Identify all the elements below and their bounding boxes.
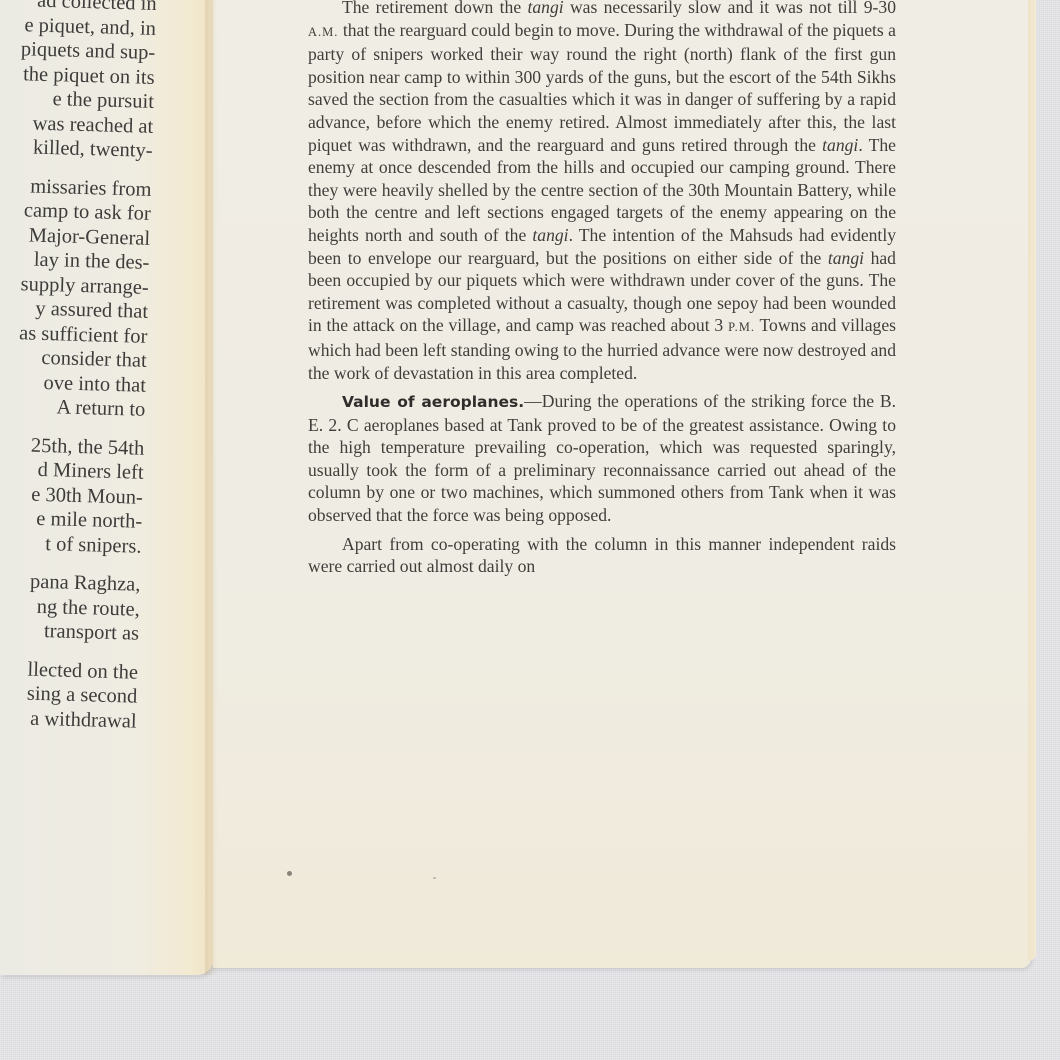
right-page-edge [1028,0,1036,960]
paragraph-retirement: The retirement down the tangi was necess… [308,0,896,384]
left-page: ad collected ine piquet, and, inpiquets … [0,0,215,975]
paper-speck [287,871,292,876]
right-page-text: The retirement down the tangi was necess… [308,0,896,578]
left-page-text: ad collected ine piquet, and, inpiquets … [0,0,157,734]
paragraph-value-of-aeroplanes: Value of aeroplanes.—During the operatio… [308,390,896,527]
book-gutter [205,0,223,975]
paragraph-apart-from: Apart from co-operating with the column … [308,533,896,578]
paper-speck [433,877,436,879]
section-heading: Value of aeroplanes. [342,393,524,411]
